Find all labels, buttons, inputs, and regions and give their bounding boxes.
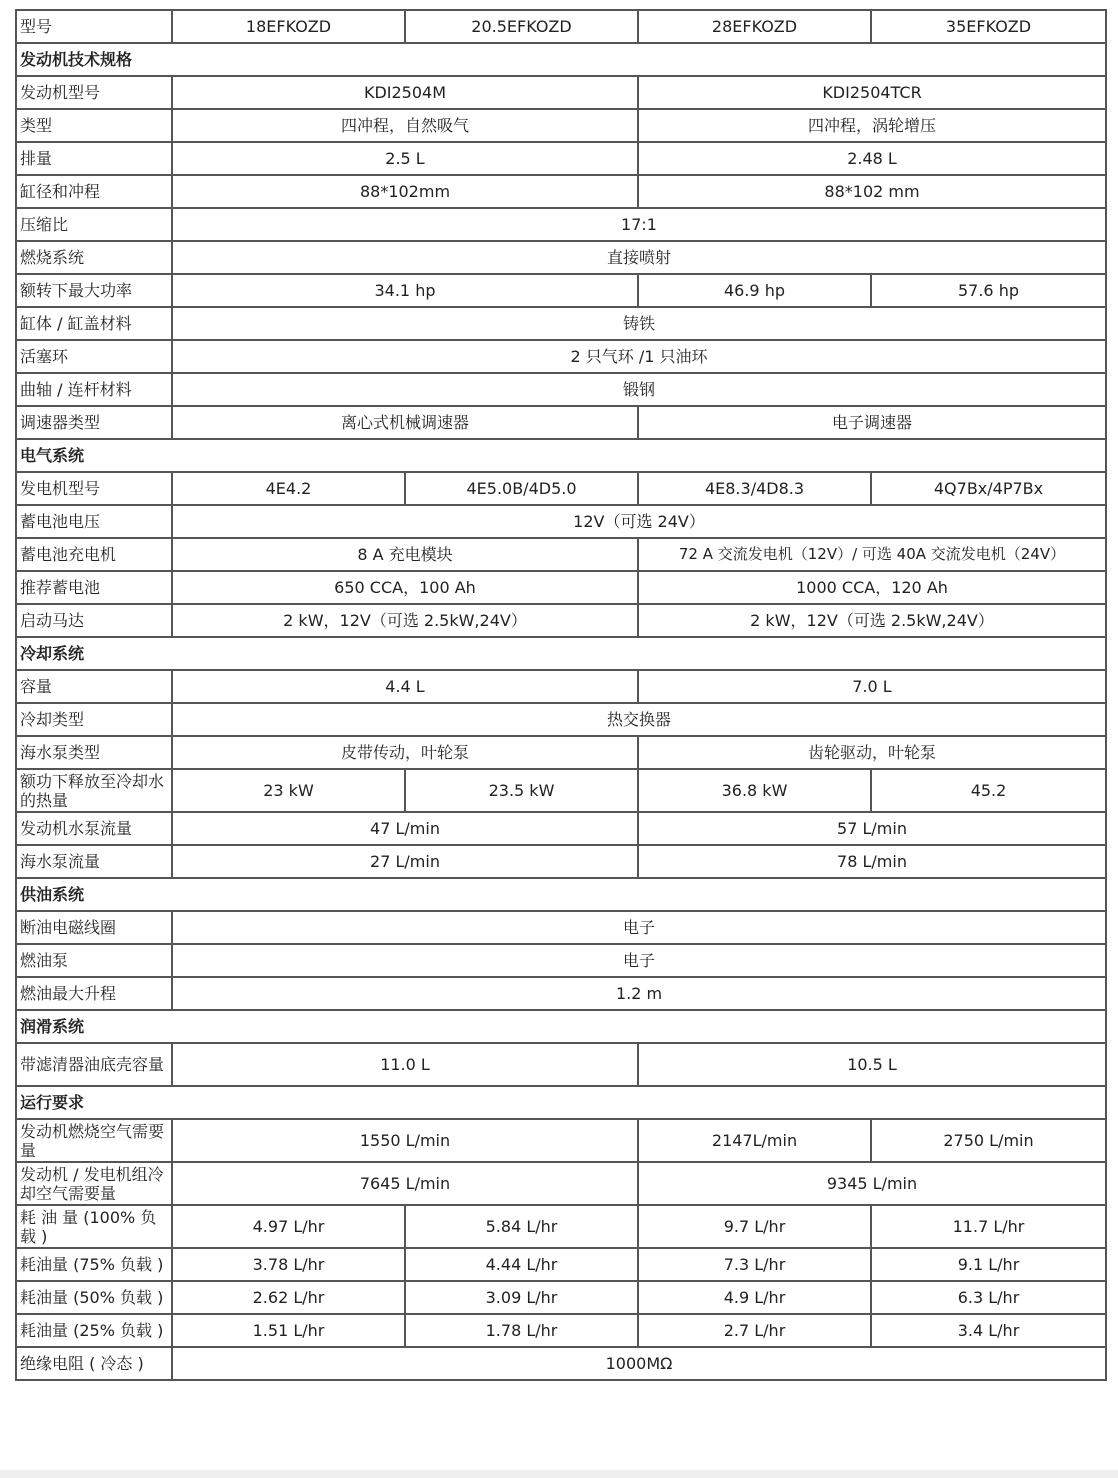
- table-row: 耗油量 (25% 负载 ) 1.51 L/hr 1.78 L/hr 2.7 L/…: [16, 1314, 1106, 1347]
- cell-value: 1000MΩ: [172, 1347, 1106, 1380]
- cell-value: 7645 L/min: [172, 1162, 638, 1205]
- row-label: 耗油量 (25% 负载 ): [16, 1314, 172, 1347]
- table-row: 活塞环 2 只气环 /1 只油环: [16, 340, 1106, 373]
- row-label: 蓄电池电压: [16, 505, 172, 538]
- cell-value: 88*102 mm: [638, 175, 1106, 208]
- table-row: 推荐蓄电池 650 CCA，100 Ah 1000 CCA，120 Ah: [16, 571, 1106, 604]
- cell-value: 4Q7Bx/4P7Bx: [871, 472, 1106, 505]
- cell-value: 2750 L/min: [871, 1119, 1106, 1162]
- model-20-5efkozd: 20.5EFKOZD: [405, 10, 638, 43]
- cell-value: 12V（可选 24V）: [172, 505, 1106, 538]
- cell-value: 电子调速器: [638, 406, 1106, 439]
- cell-value: 17:1: [172, 208, 1106, 241]
- table-row: 绝缘电阻 ( 冷态 ) 1000MΩ: [16, 1347, 1106, 1380]
- cell-value: 10.5 L: [638, 1043, 1106, 1086]
- cell-value: 锻钢: [172, 373, 1106, 406]
- section-electrical: 电气系统: [16, 439, 1106, 472]
- spec-table-container: 型号 18EFKOZD 20.5EFKOZD 28EFKOZD 35EFKOZD…: [15, 9, 1105, 1381]
- row-label: 耗油量 (50% 负载 ): [16, 1281, 172, 1314]
- header-row: 型号 18EFKOZD 20.5EFKOZD 28EFKOZD 35EFKOZD: [16, 10, 1106, 43]
- cell-value: 4.4 L: [172, 670, 638, 703]
- cell-value: 7.0 L: [638, 670, 1106, 703]
- cell-value: 2 kW，12V（可选 2.5kW,24V）: [172, 604, 638, 637]
- cell-value: 7.3 L/hr: [638, 1248, 871, 1281]
- cell-value: 4.9 L/hr: [638, 1281, 871, 1314]
- cell-value: 2.5 L: [172, 142, 638, 175]
- cell-value: 34.1 hp: [172, 274, 638, 307]
- cell-value: 57 L/min: [638, 812, 1106, 845]
- row-label: 断油电磁线圈: [16, 911, 172, 944]
- cell-value: 3.78 L/hr: [172, 1248, 405, 1281]
- row-label: 启动马达: [16, 604, 172, 637]
- table-row: 曲轴 / 连杆材料 锻钢: [16, 373, 1106, 406]
- cell-value: 2.48 L: [638, 142, 1106, 175]
- cell-value: 1000 CCA，120 Ah: [638, 571, 1106, 604]
- table-row: 排量 2.5 L 2.48 L: [16, 142, 1106, 175]
- cell-value: 电子: [172, 944, 1106, 977]
- row-label: 发动机水泵流量: [16, 812, 172, 845]
- table-row: 耗 油 量 (100% 负载 ) 4.97 L/hr 5.84 L/hr 9.7…: [16, 1205, 1106, 1248]
- row-label: 海水泵流量: [16, 845, 172, 878]
- table-row: 容量 4.4 L 7.0 L: [16, 670, 1106, 703]
- section-row: 发动机技术规格: [16, 43, 1106, 76]
- cell-value: 铸铁: [172, 307, 1106, 340]
- cell-value: 皮带传动，叶轮泵: [172, 736, 638, 769]
- table-row: 启动马达 2 kW，12V（可选 2.5kW,24V） 2 kW，12V（可选 …: [16, 604, 1106, 637]
- model-28efkozd: 28EFKOZD: [638, 10, 871, 43]
- row-label: 压缩比: [16, 208, 172, 241]
- table-row: 燃油最大升程 1.2 m: [16, 977, 1106, 1010]
- section-row: 运行要求: [16, 1086, 1106, 1119]
- table-row: 燃烧系统 直接喷射: [16, 241, 1106, 274]
- cell-value: 8 A 充电模块: [172, 538, 638, 571]
- cell-value: 电子: [172, 911, 1106, 944]
- row-label: 发动机 / 发电机组冷却空气需要量: [16, 1162, 172, 1205]
- row-label: 带滤清器油底壳容量: [16, 1043, 172, 1086]
- row-label: 燃油最大升程: [16, 977, 172, 1010]
- cell-value: 直接喷射: [172, 241, 1106, 274]
- row-label: 排量: [16, 142, 172, 175]
- cell-value: 78 L/min: [638, 845, 1106, 878]
- cell-value: 1.78 L/hr: [405, 1314, 638, 1347]
- spec-table: 型号 18EFKOZD 20.5EFKOZD 28EFKOZD 35EFKOZD…: [15, 9, 1107, 1381]
- section-row: 电气系统: [16, 439, 1106, 472]
- cell-value: 9.1 L/hr: [871, 1248, 1106, 1281]
- row-label: 耗 油 量 (100% 负载 ): [16, 1205, 172, 1248]
- cell-value: 45.2: [871, 769, 1106, 812]
- row-label: 海水泵类型: [16, 736, 172, 769]
- table-row: 耗油量 (50% 负载 ) 2.62 L/hr 3.09 L/hr 4.9 L/…: [16, 1281, 1106, 1314]
- cell-value: 36.8 kW: [638, 769, 871, 812]
- row-label: 调速器类型: [16, 406, 172, 439]
- section-lubrication: 润滑系统: [16, 1010, 1106, 1043]
- cell-value: 27 L/min: [172, 845, 638, 878]
- header-label: 型号: [16, 10, 172, 43]
- row-label: 曲轴 / 连杆材料: [16, 373, 172, 406]
- cell-value: 88*102mm: [172, 175, 638, 208]
- table-row: 发电机型号 4E4.2 4E5.0B/4D5.0 4E8.3/4D8.3 4Q7…: [16, 472, 1106, 505]
- row-label: 容量: [16, 670, 172, 703]
- row-label: 耗油量 (75% 负载 ): [16, 1248, 172, 1281]
- cell-value: 四冲程，自然吸气: [172, 109, 638, 142]
- cell-value: 1.51 L/hr: [172, 1314, 405, 1347]
- table-row: 额功下释放至冷却水的热量 23 kW 23.5 kW 36.8 kW 45.2: [16, 769, 1106, 812]
- table-row: 发动机 / 发电机组冷却空气需要量 7645 L/min 9345 L/min: [16, 1162, 1106, 1205]
- cell-value: 11.0 L: [172, 1043, 638, 1086]
- row-label: 绝缘电阻 ( 冷态 ): [16, 1347, 172, 1380]
- table-row: 额转下最大功率 34.1 hp 46.9 hp 57.6 hp: [16, 274, 1106, 307]
- table-row: 带滤清器油底壳容量 11.0 L 10.5 L: [16, 1043, 1106, 1086]
- cell-value: 3.4 L/hr: [871, 1314, 1106, 1347]
- cell-value: 23.5 kW: [405, 769, 638, 812]
- row-label: 缸径和冲程: [16, 175, 172, 208]
- cell-value: 2.62 L/hr: [172, 1281, 405, 1314]
- row-label: 发电机型号: [16, 472, 172, 505]
- row-label: 冷却类型: [16, 703, 172, 736]
- cell-value: 4E4.2: [172, 472, 405, 505]
- section-engine: 发动机技术规格: [16, 43, 1106, 76]
- section-row: 润滑系统: [16, 1010, 1106, 1043]
- cell-value: 1550 L/min: [172, 1119, 638, 1162]
- cell-value: 9345 L/min: [638, 1162, 1106, 1205]
- table-row: 压缩比 17:1: [16, 208, 1106, 241]
- cell-value: 3.09 L/hr: [405, 1281, 638, 1314]
- cell-value: 2 只气环 /1 只油环: [172, 340, 1106, 373]
- cell-value: 47 L/min: [172, 812, 638, 845]
- row-label: 额转下最大功率: [16, 274, 172, 307]
- table-row: 缸体 / 缸盖材料 铸铁: [16, 307, 1106, 340]
- table-row: 发动机水泵流量 47 L/min 57 L/min: [16, 812, 1106, 845]
- table-row: 蓄电池电压 12V（可选 24V）: [16, 505, 1106, 538]
- cell-value: 46.9 hp: [638, 274, 871, 307]
- table-row: 蓄电池充电机 8 A 充电模块 72 A 交流发电机（12V）/ 可选 40A …: [16, 538, 1106, 571]
- cell-value: KDI2504TCR: [638, 76, 1106, 109]
- table-row: 海水泵类型 皮带传动，叶轮泵 齿轮驱动，叶轮泵: [16, 736, 1106, 769]
- section-cooling: 冷却系统: [16, 637, 1106, 670]
- cell-value: 4.44 L/hr: [405, 1248, 638, 1281]
- table-row: 类型 四冲程，自然吸气 四冲程，涡轮增压: [16, 109, 1106, 142]
- page-bottom-edge: [0, 1470, 1118, 1478]
- row-label: 蓄电池充电机: [16, 538, 172, 571]
- row-label: 燃油泵: [16, 944, 172, 977]
- table-row: 海水泵流量 27 L/min 78 L/min: [16, 845, 1106, 878]
- table-row: 耗油量 (75% 负载 ) 3.78 L/hr 4.44 L/hr 7.3 L/…: [16, 1248, 1106, 1281]
- row-label: 发动机燃烧空气需要量: [16, 1119, 172, 1162]
- cell-value: 2147L/min: [638, 1119, 871, 1162]
- model-35efkozd: 35EFKOZD: [871, 10, 1106, 43]
- row-label: 发动机型号: [16, 76, 172, 109]
- cell-value: 2.7 L/hr: [638, 1314, 871, 1347]
- cell-value: 四冲程，涡轮增压: [638, 109, 1106, 142]
- cell-value: KDI2504M: [172, 76, 638, 109]
- cell-value: 650 CCA，100 Ah: [172, 571, 638, 604]
- table-row: 缸径和冲程 88*102mm 88*102 mm: [16, 175, 1106, 208]
- cell-value: 11.7 L/hr: [871, 1205, 1106, 1248]
- row-label: 额功下释放至冷却水的热量: [16, 769, 172, 812]
- section-row: 冷却系统: [16, 637, 1106, 670]
- row-label: 活塞环: [16, 340, 172, 373]
- cell-value: 4.97 L/hr: [172, 1205, 405, 1248]
- section-fuel: 供油系统: [16, 878, 1106, 911]
- table-row: 发动机型号 KDI2504M KDI2504TCR: [16, 76, 1106, 109]
- cell-value: 57.6 hp: [871, 274, 1106, 307]
- table-row: 断油电磁线圈 电子: [16, 911, 1106, 944]
- row-label: 推荐蓄电池: [16, 571, 172, 604]
- cell-value: 4E8.3/4D8.3: [638, 472, 871, 505]
- cell-value: 4E5.0B/4D5.0: [405, 472, 638, 505]
- cell-value: 1.2 m: [172, 977, 1106, 1010]
- cell-value: 离心式机械调速器: [172, 406, 638, 439]
- cell-value: 6.3 L/hr: [871, 1281, 1106, 1314]
- cell-value: 热交换器: [172, 703, 1106, 736]
- cell-value: 2 kW，12V（可选 2.5kW,24V）: [638, 604, 1106, 637]
- row-label: 类型: [16, 109, 172, 142]
- cell-value: 23 kW: [172, 769, 405, 812]
- section-operating: 运行要求: [16, 1086, 1106, 1119]
- table-row: 发动机燃烧空气需要量 1550 L/min 2147L/min 2750 L/m…: [16, 1119, 1106, 1162]
- cell-value: 9.7 L/hr: [638, 1205, 871, 1248]
- table-row: 燃油泵 电子: [16, 944, 1106, 977]
- row-label: 燃烧系统: [16, 241, 172, 274]
- section-row: 供油系统: [16, 878, 1106, 911]
- row-label: 缸体 / 缸盖材料: [16, 307, 172, 340]
- table-row: 冷却类型 热交换器: [16, 703, 1106, 736]
- cell-value: 72 A 交流发电机（12V）/ 可选 40A 交流发电机（24V）: [638, 538, 1106, 571]
- cell-value: 5.84 L/hr: [405, 1205, 638, 1248]
- cell-value: 齿轮驱动，叶轮泵: [638, 736, 1106, 769]
- table-row: 调速器类型 离心式机械调速器 电子调速器: [16, 406, 1106, 439]
- model-18efkozd: 18EFKOZD: [172, 10, 405, 43]
